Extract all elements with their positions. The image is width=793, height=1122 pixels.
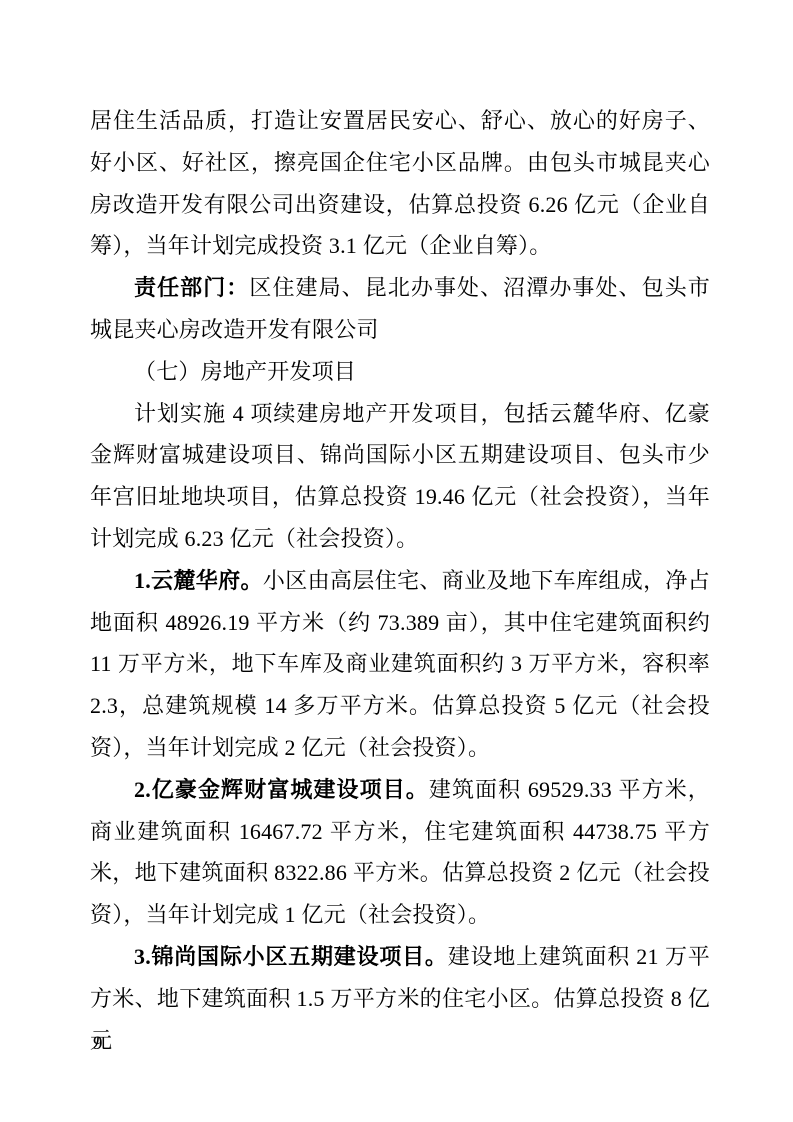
project-1-title: 1.云麓华府。: [134, 568, 263, 593]
paragraph-project-2: 2.亿豪金辉财富城建设项目。建筑面积 69529.33 平方米，商业建筑面积 1…: [90, 769, 710, 936]
document-page: 居住生活品质，打造让安置居民安心、舒心、放心的好房子、好小区、好社区，擦亮国企住…: [0, 0, 793, 1122]
paragraph-project-3: 3.锦尚国际小区五期建设项目。建设地上建筑面积 21 万平方米、地下建筑面积 1…: [90, 936, 710, 1061]
heading-section-seven: （七）房地产开发项目: [90, 351, 710, 393]
project-3-title: 3.锦尚国际小区五期建设项目。: [134, 944, 448, 969]
document-body: 居住生活品质，打造让安置居民安心、舒心、放心的好房子、好小区、好社区，擦亮国企住…: [90, 100, 710, 1061]
responsible-department-label: 责任部门：: [134, 275, 249, 300]
project-1-description: 小区由高层住宅、商业及地下车库组成，净占地面积 48926.19 平方米（约 7…: [90, 568, 710, 760]
paragraph-project-1: 1.云麓华府。小区由高层住宅、商业及地下车库组成，净占地面积 48926.19 …: [90, 560, 710, 769]
paragraph-plan-overview: 计划实施 4 项续建房地产开发项目，包括云麓华府、亿豪金辉财富城建设项目、锦尚国…: [90, 393, 710, 560]
paragraph-responsible-department: 责任部门：区住建局、昆北办事处、沼潭办事处、包头市城昆夹心房改造开发有限公司: [90, 267, 710, 351]
paragraph-continuation: 居住生活品质，打造让安置居民安心、舒心、放心的好房子、好小区、好社区，擦亮国企住…: [90, 100, 710, 267]
project-2-title: 2.亿豪金辉财富城建设项目。: [134, 777, 429, 802]
page-number: 9: [93, 1033, 103, 1055]
